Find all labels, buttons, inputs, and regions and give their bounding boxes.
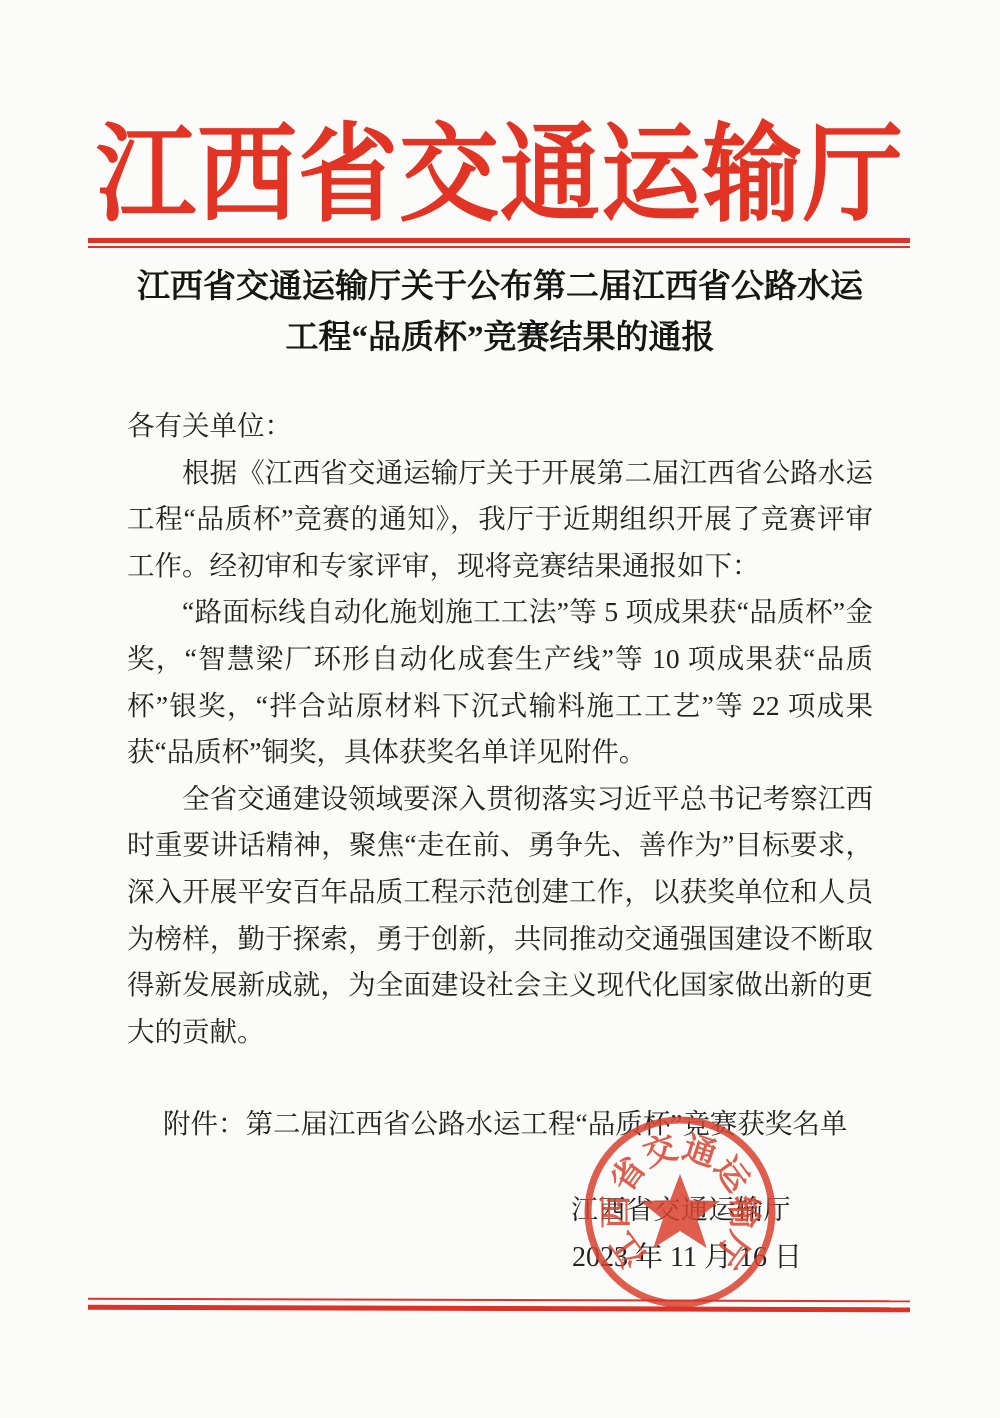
seal-char: 输 — [725, 1195, 763, 1229]
header-rule-thin — [88, 246, 910, 248]
official-seal: 江 西 省 交 通 运 输 厅 — [582, 1114, 778, 1310]
document-body: 各有关单位： 根据《江西省交通运输厅关于开展第二届江西省公路水运工程“品质杯”竞… — [127, 403, 873, 1148]
document-title: 江西省交通运输厅关于公布第二届江西省公路水运 工程“品质杯”竞赛结果的通报 — [0, 262, 1000, 364]
header-rule-thick — [88, 238, 910, 243]
salutation: 各有关单位： — [127, 403, 873, 450]
document-title-line1: 江西省交通运输厅关于公布第二届江西省公路水运 — [0, 262, 1000, 313]
paragraph-call-to-action: 全省交通建设领域要深入贯彻落实习近平总书记考察江西时重要讲话精神，聚焦“走在前、… — [127, 776, 873, 1056]
seal-star — [640, 1174, 720, 1248]
agency-masthead: 江西省交通运输厅 — [0, 116, 1000, 236]
footer-rule-thick — [88, 1305, 910, 1313]
paragraph-results: “路面标线自动化施划施工工法”等 5 项成果获“品质杯”金奖，“智慧梁厂环形自动… — [127, 589, 873, 775]
seal-char: 江 — [605, 1225, 654, 1273]
footer-rule-thin — [88, 1298, 910, 1303]
seal-char: 西 — [598, 1196, 635, 1229]
document-title-line2: 工程“品质杯”竞赛结果的通报 — [0, 313, 1000, 364]
seal-char: 厅 — [707, 1225, 756, 1273]
paragraph-basis: 根据《江西省交通运输厅关于开展第二届江西省公路水运工程“品质杯”竞赛的通知》，我… — [127, 450, 873, 590]
document-page: 江西省交通运输厅 江西省交通运输厅关于公布第二届江西省公路水运 工程“品质杯”竞… — [0, 0, 1000, 1418]
